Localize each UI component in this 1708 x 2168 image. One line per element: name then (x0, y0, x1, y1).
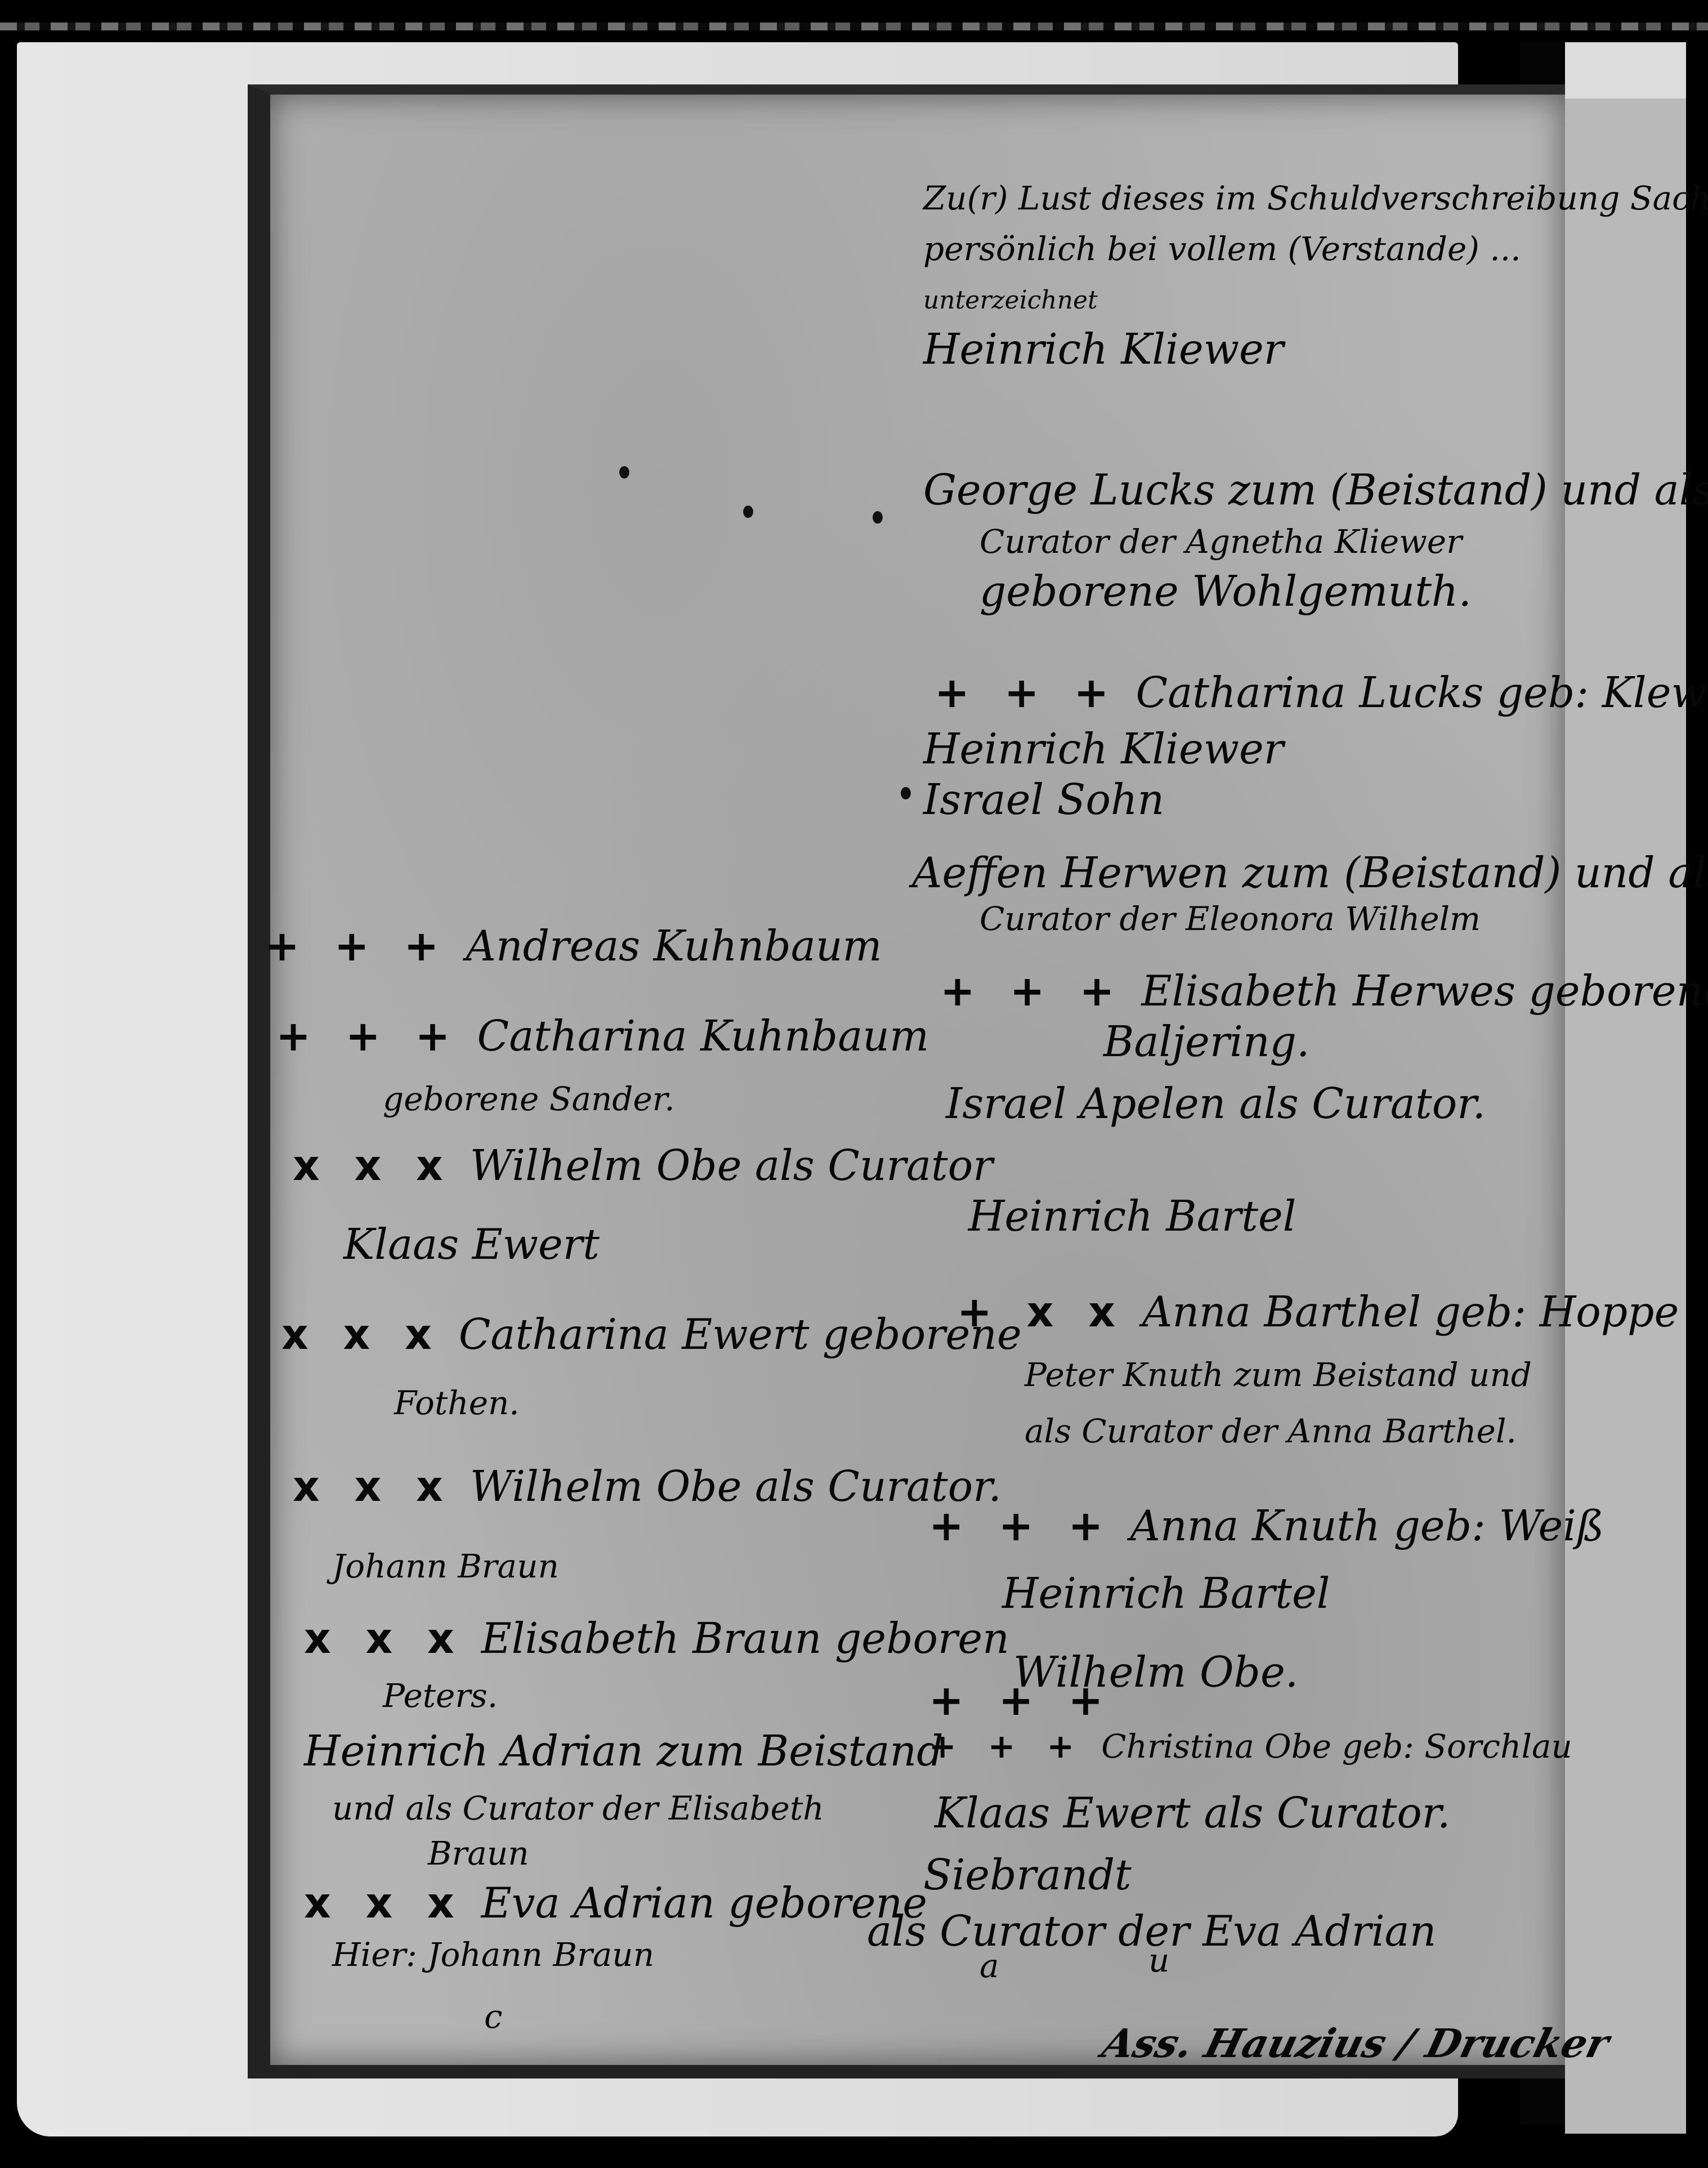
mark-line: x x xWilhelm Obe als Curator (293, 1142, 993, 1190)
mark-line: x x xEva Adrian geborene (304, 1879, 927, 1928)
cross-marks: + + + (940, 967, 1125, 1016)
text-line: geborene Wohlgemuth. (980, 567, 1472, 616)
signature-line: Johann Braun (332, 1547, 559, 1585)
signature-line: Heinrich Bartel (968, 1192, 1296, 1241)
text-line: Braun (428, 1834, 529, 1872)
text-line: Curator der Eleonora Wilhelm (980, 900, 1481, 938)
cross-marks: + + + (935, 669, 1119, 717)
cross-marks: x x x (304, 1615, 464, 1663)
text-line: als Curator der Anna Barthel. (1025, 1412, 1517, 1450)
cross-marks: + + + (265, 922, 449, 971)
footer-letter: u (1148, 1941, 1169, 1979)
mark-line: + + +Andreas Kuhnbaum (265, 922, 882, 971)
ink-blot (619, 466, 629, 479)
ink-blot (873, 511, 883, 524)
text-line: Curator der Agnetha Kliewer (980, 522, 1462, 561)
signature-line: Aeffen Herwen zum (Beistand) und als (912, 849, 1708, 897)
document-page: Zu(r) Lust dieses im Schuldverschreibung… (248, 84, 1565, 2078)
cross-marks: x x x (293, 1463, 453, 1511)
cross-marks: x x x (281, 1311, 442, 1359)
mark-line: + + +Elisabeth Herwes geborene (940, 967, 1708, 1016)
text-line: geborene Sander. (383, 1080, 675, 1118)
mark-line: + x xAnna Barthel geb: Hoppe (957, 1288, 1679, 1336)
signature-line: Israel Sohn (923, 776, 1164, 824)
ink-blot (743, 506, 753, 518)
footer-letter: a (980, 1947, 999, 1985)
text-line: Fothen. (394, 1384, 520, 1422)
mark-line: x x xElisabeth Braun geboren (304, 1615, 1009, 1663)
signature-line: Israel Apelen als Curator. (946, 1080, 1486, 1128)
signature-line: George Lucks zum (Beistand) und als (923, 466, 1708, 515)
signature-line: Siebrandt (923, 1851, 1132, 1899)
mark-line: + + +Christina Obe geb: Sorchlau (929, 1727, 1572, 1765)
adjacent-page-edge (1565, 42, 1686, 2134)
signature-line: Heinrich Adrian zum Beistand (304, 1727, 944, 1776)
ink-blot (901, 787, 911, 799)
text-line: Zu(r) Lust dieses im Schuldverschreibung… (923, 179, 1708, 217)
cross-marks: + + + (276, 1012, 460, 1061)
text-line: persönlich bei vollem (Verstande) ... (923, 230, 1521, 268)
signature-line: Heinrich Kliewer (923, 725, 1284, 774)
text-line: Peters. (383, 1677, 498, 1715)
official-signature: Ass. Hauzius / Drucker (1098, 2020, 1614, 2067)
cross-marks: + + + (929, 1677, 1114, 1725)
signature-line: Hier: Johann Braun (332, 1935, 654, 1974)
mark-line: x x xCatharina Ewert geborene (281, 1311, 1022, 1359)
signature-line: Heinrich Kliewer (923, 325, 1284, 374)
text-line: Peter Knuth zum Beistand und (1025, 1356, 1532, 1394)
mark-line: + + +Catharina Kuhnbaum (276, 1012, 929, 1061)
signature-line: Klaas Ewert als Curator. (935, 1789, 1451, 1838)
text-line: Baljering. (1103, 1018, 1310, 1066)
mark-line: + + +Catharina Lucks geb: Klewer (935, 669, 1708, 717)
cross-marks: + + + (929, 1727, 1084, 1765)
cross-marks: x x x (304, 1879, 464, 1928)
scanner-edge-strip (0, 23, 1708, 30)
footer-letter: c (484, 1997, 502, 2036)
mark-line: + + +Anna Knuth geb: Weiß (929, 1502, 1604, 1550)
signature-line: Klaas Ewert (343, 1221, 600, 1269)
mark-line: x x xWilhelm Obe als Curator. (293, 1463, 1001, 1511)
cross-marks: x x x (293, 1142, 453, 1190)
signature-line: Heinrich Bartel (1002, 1570, 1330, 1618)
text-line: und als Curator der Elisabeth (332, 1789, 824, 1827)
text-line: unterzeichnet (923, 286, 1098, 315)
mark-line: + + + (929, 1677, 1130, 1725)
